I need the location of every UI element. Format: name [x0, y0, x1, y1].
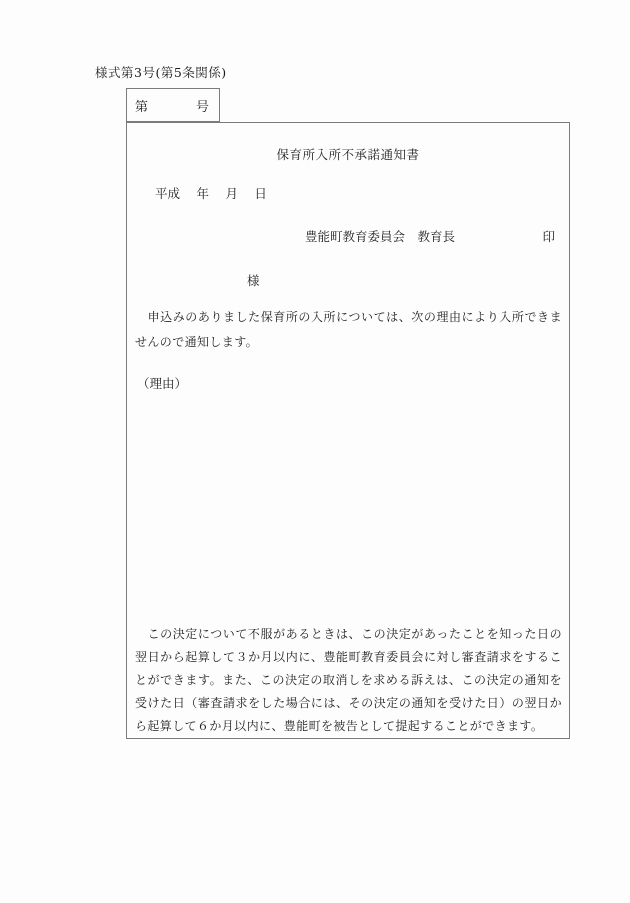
document-frame: 保育所入所不承諾通知書 平成 年 月 日 豊能町教育委員会 教育長 印 様 申込…: [126, 122, 570, 739]
form-style-label: 様式第3号(第5条関係): [95, 63, 227, 81]
document-number-box: 第 号: [126, 88, 220, 122]
date-line: 平成 年 月 日: [155, 184, 267, 202]
document-number-prefix: 第: [135, 96, 148, 115]
document-page: 様式第3号(第5条関係) 第 号 保育所入所不承諾通知書 平成 年 月 日 豊能…: [0, 0, 630, 903]
appeal-rights-paragraph: この決定について不服があるときは、この決定があったことを知った日の翌日から起算し…: [127, 623, 569, 738]
issuer-name: 豊能町教育委員会 教育長: [305, 227, 455, 245]
reason-label: （理由）: [137, 374, 187, 392]
document-number-suffix: 号: [196, 96, 209, 115]
addressee-suffix: 様: [247, 271, 260, 289]
notification-paragraph: 申込みのありました保育所の入所については、次の理由により入所できませんので通知し…: [127, 305, 569, 355]
seal-placeholder: 印: [542, 227, 555, 245]
document-title: 保育所入所不承諾通知書: [127, 145, 569, 163]
